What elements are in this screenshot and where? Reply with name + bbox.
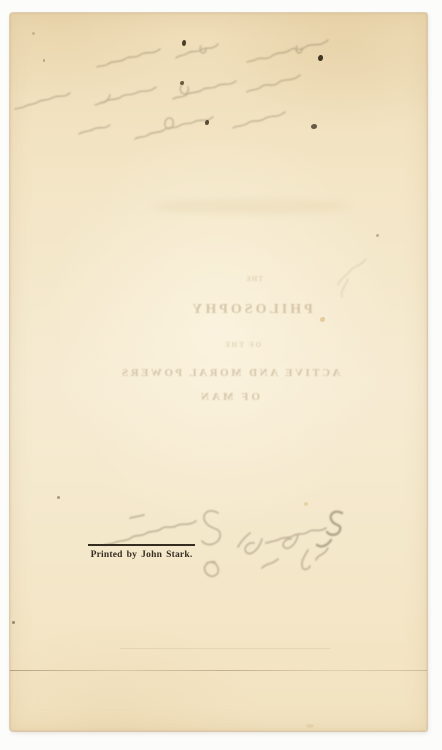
handwriting-line2-c	[95, 87, 156, 105]
ink-spot	[180, 81, 184, 85]
crease-line	[10, 670, 427, 671]
handwriting-line1-b	[176, 44, 218, 58]
handwriting-lower-descender-2	[245, 539, 262, 554]
handwriting-line3-b	[135, 117, 213, 139]
ink-spot	[182, 40, 186, 46]
book-page: THE PHILOSOPHY OF THE ACTIVE AND MORAL P…	[10, 13, 427, 731]
bleedthrough-smudge	[150, 199, 350, 214]
handwriting-line3-a	[233, 112, 285, 128]
ink-spot	[43, 59, 45, 62]
crease-line-faint	[120, 648, 330, 649]
bleedthrough-text-active-and-moral-powers: ACTIVE AND MORAL POWERS	[108, 367, 352, 379]
handwriting-lower-flourish-left	[202, 511, 220, 545]
handwriting-lower-descender-1	[283, 535, 298, 548]
handwriting-lower-line2-strokes	[262, 548, 328, 569]
imprint-text: Printed by John Stark.	[88, 550, 195, 560]
ink-spot	[32, 32, 35, 35]
ink-spot	[306, 724, 314, 728]
handwriting-line2-d	[15, 93, 70, 109]
handwriting-bleedthrough-top	[10, 13, 427, 731]
handwriting-bleedthrough-bottom	[10, 13, 427, 731]
ink-spot	[205, 120, 209, 125]
ink-spot	[304, 502, 308, 506]
handwriting-lower-word-right	[238, 528, 326, 547]
handwriting-margin-squiggle	[338, 259, 366, 297]
handwriting-lower-word-left	[104, 515, 196, 545]
handwriting-line2-a	[247, 75, 300, 92]
imprint-block: Printed by John Stark.	[88, 544, 195, 560]
handwriting-line1-c	[97, 49, 160, 67]
ink-spot	[57, 496, 60, 499]
bleedthrough-text-of-man: OF MAN	[193, 391, 265, 403]
scan-background: THE PHILOSOPHY OF THE ACTIVE AND MORAL P…	[0, 0, 442, 750]
bleedthrough-text-of-the: OF THE	[216, 341, 268, 349]
bleedthrough-text-the: THE	[234, 275, 274, 283]
ink-spot	[318, 55, 323, 61]
ink-spot	[320, 317, 325, 322]
handwriting-line1-a	[247, 40, 328, 62]
handwriting-lower-dark-flourish	[317, 512, 342, 547]
handwriting-line3-c	[79, 125, 110, 134]
bleedthrough-text-philosophy: PHILOSOPHY	[188, 302, 314, 318]
imprint-rule	[88, 544, 195, 546]
handwriting-lower-line2-loop	[205, 562, 219, 577]
ink-spot	[12, 621, 15, 624]
ink-spot	[311, 124, 317, 129]
ink-spot	[376, 234, 379, 237]
